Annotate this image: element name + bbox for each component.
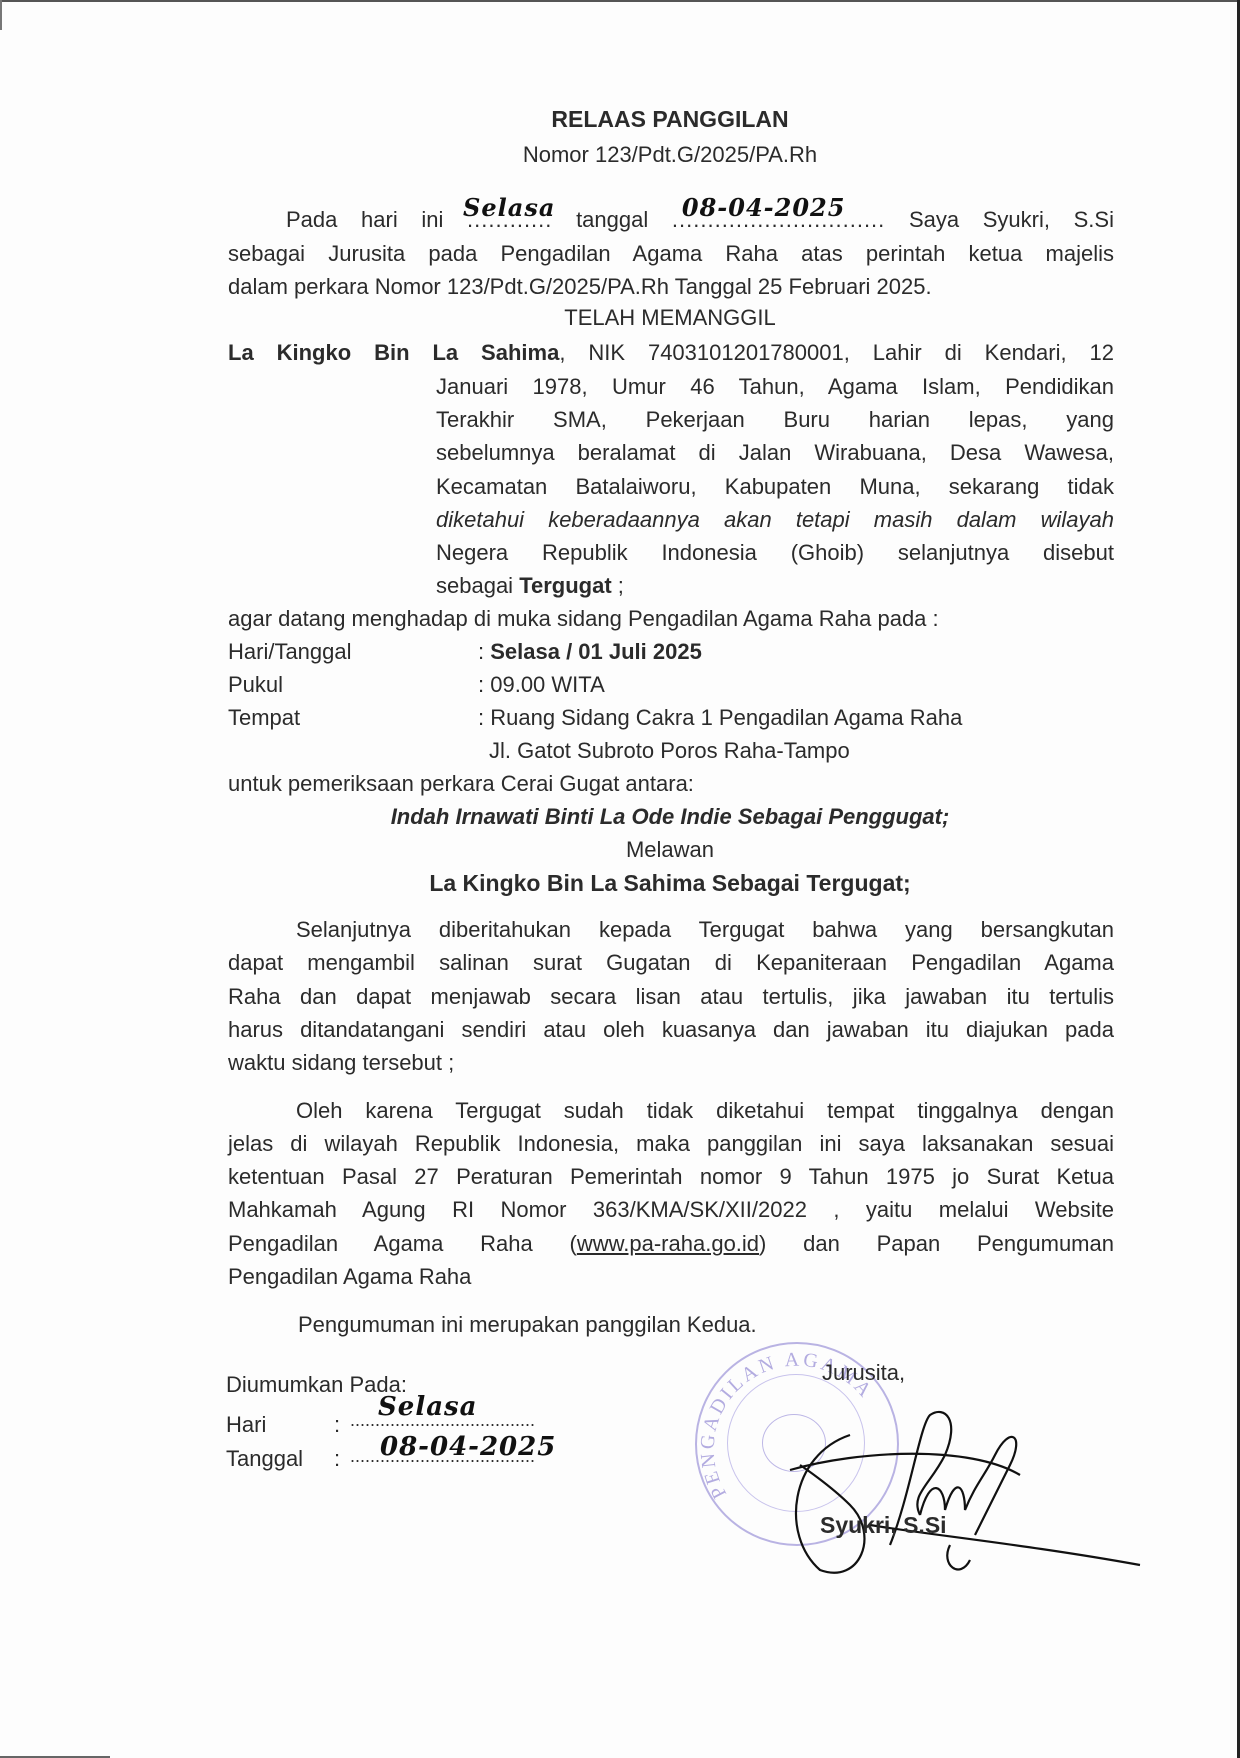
announcement-tanggal-colon: : (334, 1446, 340, 1472)
summons-value-time: : 09.00 WITA (478, 672, 605, 698)
hearing-place: Ruang Sidang Cakra 1 Pengadilan Agama Ra… (490, 705, 962, 730)
signature-role: Jurusita, (822, 1360, 905, 1386)
party-line-last: sebagai Tergugat ; (436, 573, 1114, 599)
party-line: sebelumnya beralamat di Jalan Wirabuana,… (436, 440, 1114, 466)
party-line: Negera Republik Indonesia (Ghoib) selanj… (436, 540, 1114, 566)
summons-value-date: : Selasa / 01 Juli 2025 (478, 639, 702, 665)
paragraph3: Pengumuman ini merupakan panggilan Kedua… (298, 1312, 1184, 1338)
tanggal-field: 08-04-2025.............................. (672, 207, 885, 232)
telah-memanggil: TELAH MEMANGGIL (0, 305, 1240, 331)
paragraph2-line: ketentuan Pasal 27 Peraturan Pemerintah … (228, 1164, 1114, 1190)
summons-label-time: Pukul (228, 672, 283, 698)
announcement-hari-colon: : (334, 1412, 340, 1438)
announcement-tanggal-handwritten: 08-04-2025 (380, 1432, 556, 1462)
penggugat-line: Indah Irnawati Binti La Ode Indie Sebaga… (0, 804, 1240, 830)
party-line: Januari 1978, Umur 46 Tahun, Agama Islam… (436, 374, 1114, 400)
summons-label-place: Tempat (228, 705, 300, 731)
tergugat-line: La Kingko Bin La Sahima Sebagai Tergugat… (0, 870, 1240, 897)
party-line: Kecamatan Batalaiworu, Kabupaten Muna, s… (436, 474, 1114, 500)
tergugat-label: Tergugat (519, 573, 611, 598)
hearing-date: Selasa / 01 Juli 2025 (490, 639, 702, 664)
tanggal-handwritten: 08-04-2025 (682, 193, 846, 222)
paragraph2-line: jelas di wilayah Republik Indonesia, mak… (228, 1131, 1114, 1157)
sebagai-suffix: ; (612, 573, 624, 598)
sebagai-prefix: sebagai (436, 573, 519, 598)
party-name: La Kingko Bin La Sahima (228, 340, 559, 365)
paragraph2-last: Pengadilan Agama Raha (228, 1264, 1114, 1290)
signer-name: Syukri, S.Si (820, 1512, 947, 1539)
intro-suffix: Saya Syukri, S.Si (885, 207, 1114, 232)
hari-field: Selasa............ (467, 207, 552, 232)
hearing-address: Jl. Gatot Subroto Poros Raha-Tampo (489, 738, 850, 764)
scan-edge-left (0, 0, 2, 30)
case-line: untuk pemeriksaan perkara Cerai Gugat an… (228, 771, 1114, 797)
summons-value-place: : Ruang Sidang Cakra 1 Pengadilan Agama … (478, 705, 962, 731)
party-details: , NIK 7403101201780001, Lahir di Kendari… (559, 340, 1114, 365)
summons-intro: agar datang menghadap di muka sidang Pen… (228, 606, 1114, 632)
party-line: Terakhir SMA, Pekerjaan Buru harian lepa… (436, 407, 1114, 433)
website-suffix: ) dan Papan Pengumuman (759, 1231, 1114, 1256)
website-prefix: Pengadilan Agama Raha ( (228, 1231, 577, 1256)
melawan-line: Melawan (0, 837, 1240, 863)
announcement-tanggal-label: Tanggal (226, 1446, 303, 1472)
paragraph2-line: Mahkamah Agung RI Nomor 363/KMA/SK/XII/2… (228, 1197, 1114, 1223)
paragraph1-line: dapat mengambil salinan surat Gugatan di… (228, 950, 1114, 976)
paragraph2-line: Oleh karena Tergugat sudah tidak diketah… (296, 1098, 1114, 1124)
hearing-time: 09.00 WITA (490, 672, 605, 697)
tanggal-label: tanggal (552, 207, 672, 232)
scan-edge-top (0, 0, 1240, 2)
party-line-italic: diketahui keberadaannya akan tetapi masi… (436, 507, 1114, 533)
announcement-hari-handwritten: Selasa (378, 1392, 478, 1422)
document-number: Nomor 123/Pdt.G/2025/PA.Rh (0, 142, 1240, 168)
hari-handwritten: Selasa (463, 193, 555, 222)
paragraph1-line: harus ditandatangani sendiri atau oleh k… (228, 1017, 1114, 1043)
document-title: RELAAS PANGGILAN (0, 106, 1240, 133)
intro-line-1: Pada hari ini Selasa............ tanggal… (228, 207, 1114, 233)
paragraph1-line: Raha dan dapat menjawab secara lisan ata… (228, 984, 1114, 1010)
paragraph2-line-5: Pengadilan Agama Raha (www.pa-raha.go.id… (228, 1231, 1114, 1257)
summons-label-date: Hari/Tanggal (228, 639, 352, 665)
intro-line-3: dalam perkara Nomor 123/Pdt.G/2025/PA.Rh… (228, 274, 1114, 300)
intro-line-2: sebagai Jurusita pada Pengadilan Agama R… (228, 241, 1114, 267)
paragraph1-line: Selanjutnya diberitahukan kepada Terguga… (296, 917, 1114, 943)
party-line-1: La Kingko Bin La Sahima, NIK 74031012017… (228, 340, 1114, 366)
website-link[interactable]: www.pa-raha.go.id (577, 1231, 759, 1256)
intro-prefix: Pada hari ini (286, 207, 467, 232)
announcement-hari-label: Hari (226, 1412, 266, 1438)
paragraph1-last: waktu sidang tersebut ; (228, 1050, 1114, 1076)
signature-scribble-icon (770, 1395, 1150, 1585)
